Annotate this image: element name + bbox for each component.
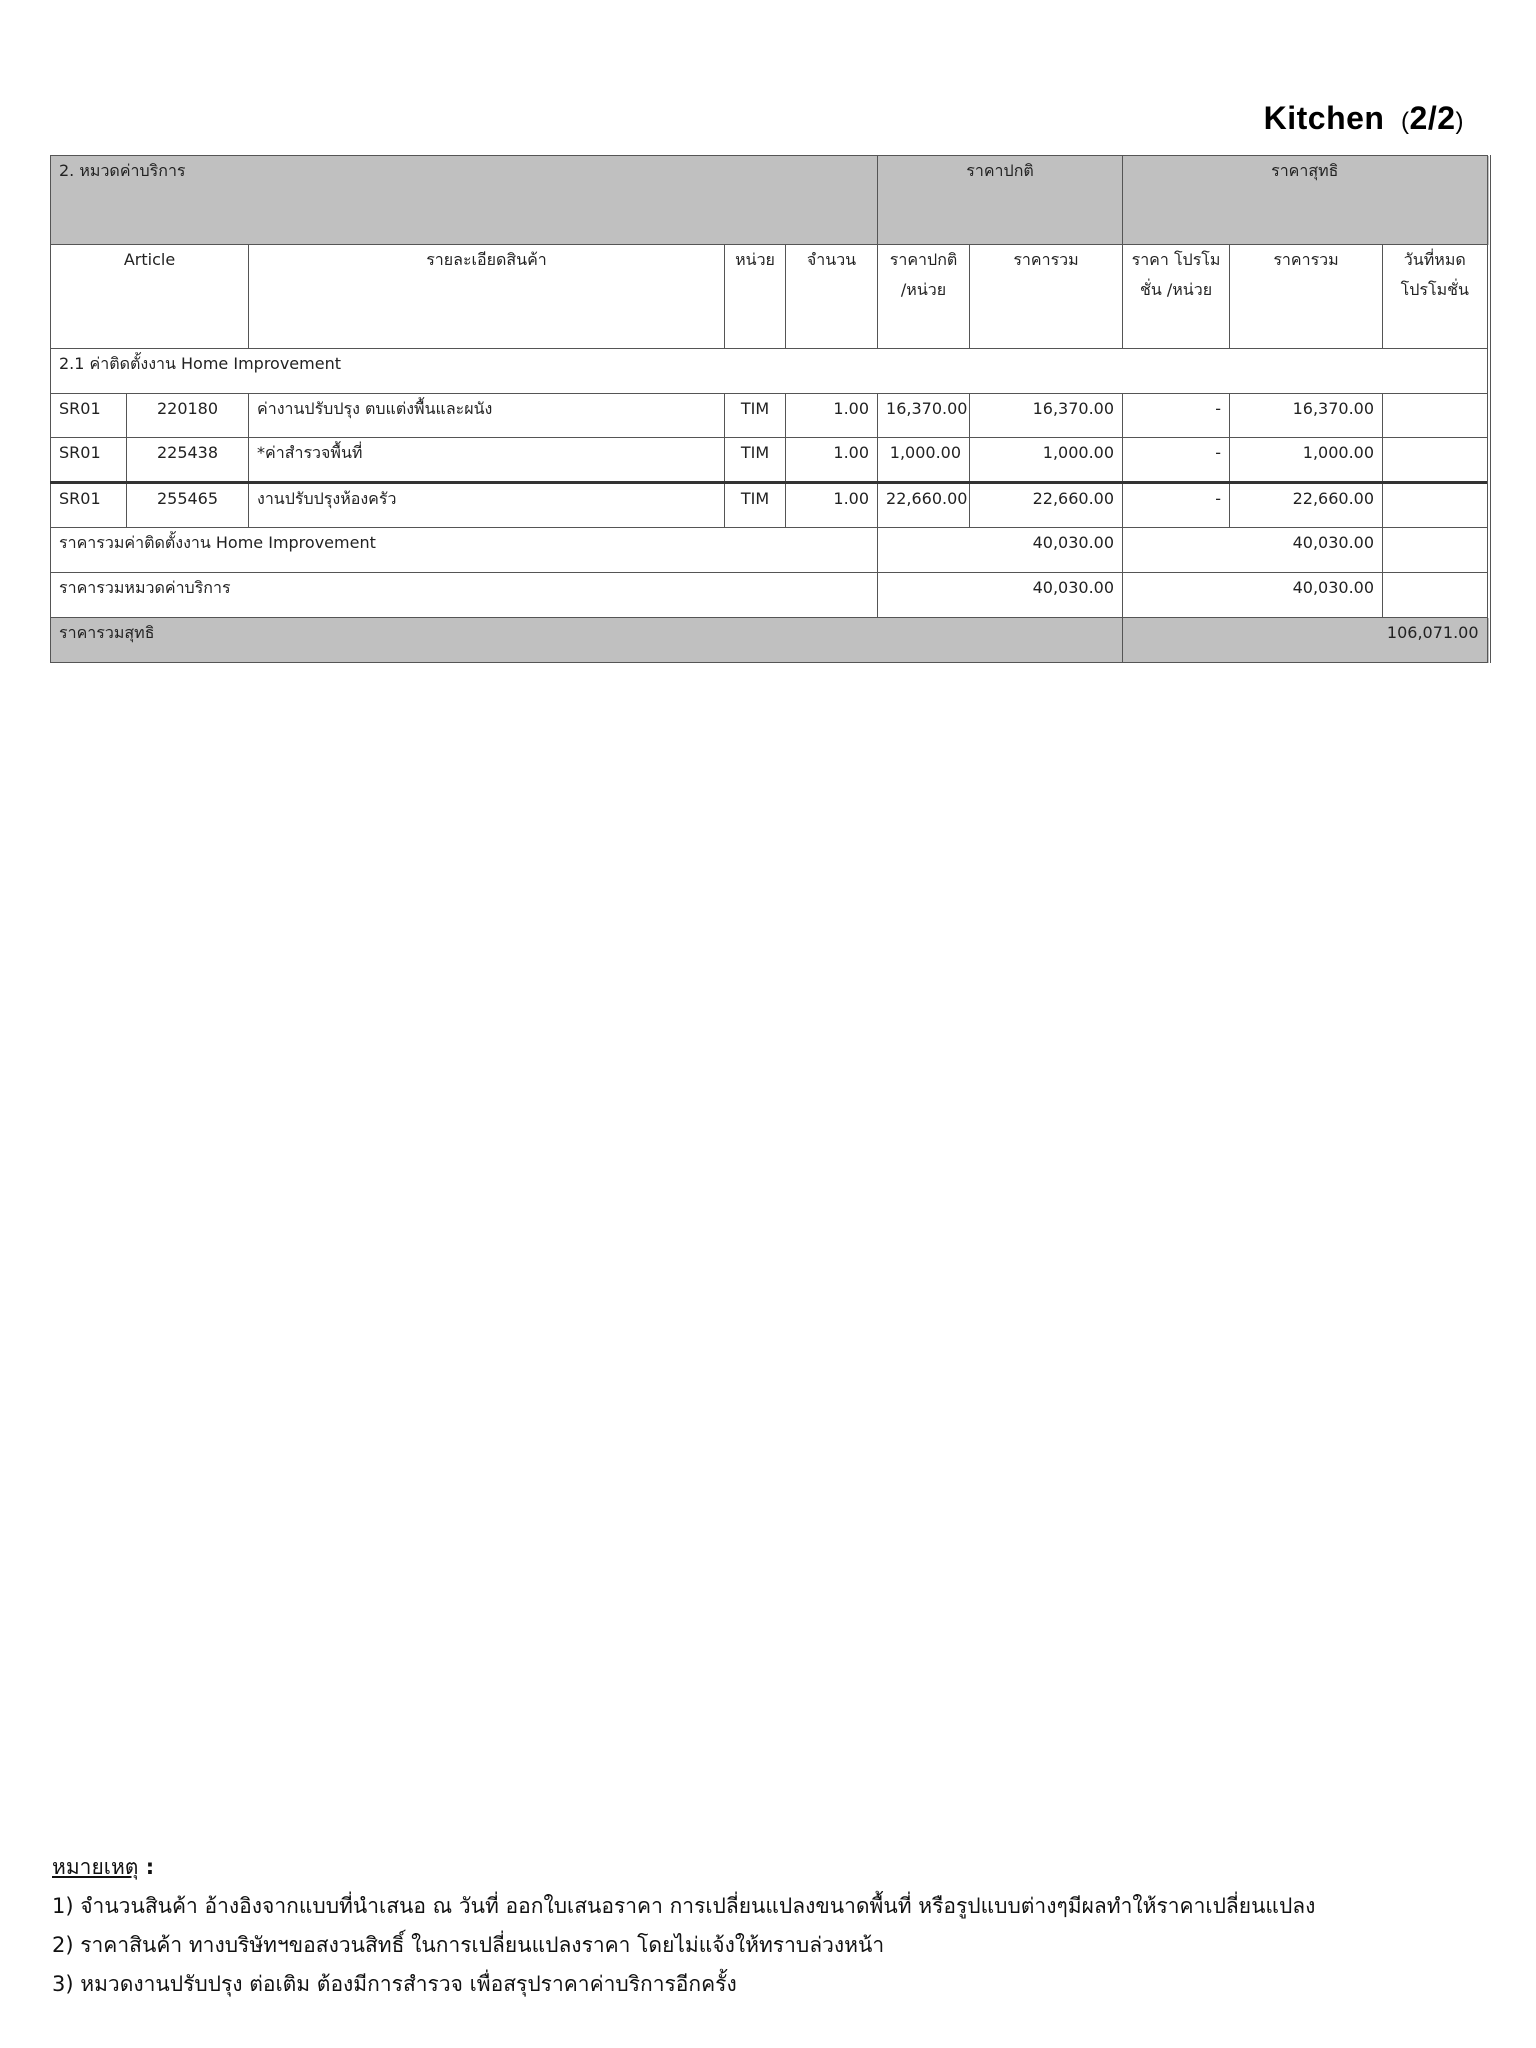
category-subtotal-net: 40,030.00 xyxy=(1123,573,1383,618)
row-quantity: 1.00 xyxy=(786,394,878,438)
column-header-quantity: จำนวน xyxy=(786,245,878,349)
table-row: SR01 220180 ค่างานปรับปรุง ตบแต่งพื้นและ… xyxy=(51,394,1489,438)
section-subtotal-label: ราคารวมค่าติดตั้งงาน Home Improvement xyxy=(51,528,878,573)
row-regular-total: 1,000.00 xyxy=(970,438,1123,483)
row-net-total: 16,370.00 xyxy=(1230,394,1383,438)
column-header-article: Article xyxy=(51,245,249,349)
service-cost-table: 2. หมวดค่าบริการ ราคาปกติ ราคาสุทธิ Arti… xyxy=(50,155,1491,663)
page-title: Kitchen (2/2) xyxy=(1264,100,1464,137)
grand-total-label: ราคารวมสุทธิ xyxy=(51,618,1123,663)
notes-section: หมายเหตุ : 1) จำนวนสินค้า อ้างอิงจากแบบท… xyxy=(52,1848,1315,2004)
note-item: 3) หมวดงานปรับปรุง ต่อเติม ต้องมีการสำรว… xyxy=(52,1965,1315,2004)
row-regular-unit-price: 16,370.00 xyxy=(878,394,970,438)
category-title: 2. หมวดค่าบริการ xyxy=(51,156,878,245)
row-promo-unit-price: - xyxy=(1123,438,1230,483)
row-regular-total: 16,370.00 xyxy=(970,394,1123,438)
row-regular-unit-price: 1,000.00 xyxy=(878,438,970,483)
net-price-group-header: ราคาสุทธิ xyxy=(1123,156,1489,245)
grand-total-value: 106,071.00 xyxy=(1123,618,1489,663)
row-description: งานปรับปรุงห้องครัว xyxy=(249,483,725,528)
category-subtotal-regular: 40,030.00 xyxy=(878,573,1123,618)
row-code: SR01 xyxy=(51,438,127,483)
row-regular-unit-price: 22,660.00 xyxy=(878,483,970,528)
row-article: 225438 xyxy=(127,438,249,483)
row-net-total: 1,000.00 xyxy=(1230,438,1383,483)
section-subtotal-row: ราคารวมค่าติดตั้งงาน Home Improvement 40… xyxy=(51,528,1489,573)
column-header-regular-total: ราคารวม xyxy=(970,245,1123,349)
category-subtotal-row: ราคารวมหมวดค่าบริการ 40,030.00 40,030.00 xyxy=(51,573,1489,618)
column-header-promo-end-date: วันที่หมด โปรโมชั่น xyxy=(1383,245,1489,349)
table-row: SR01 255465 งานปรับปรุงห้องครัว TIM 1.00… xyxy=(51,483,1489,528)
column-header-net-total: ราคารวม xyxy=(1230,245,1383,349)
grand-total-row: ราคารวมสุทธิ 106,071.00 xyxy=(51,618,1489,663)
table-row: SR01 225438 *ค่าสำรวจพื้นที่ TIM 1.00 1,… xyxy=(51,438,1489,483)
row-quantity: 1.00 xyxy=(786,438,878,483)
row-promo-unit-price: - xyxy=(1123,394,1230,438)
row-promo-unit-price: - xyxy=(1123,483,1230,528)
section-subtotal-net: 40,030.00 xyxy=(1123,528,1383,573)
column-header-regular-unit-price: ราคาปกติ /หน่วย xyxy=(878,245,970,349)
row-unit: TIM xyxy=(725,438,786,483)
row-article: 220180 xyxy=(127,394,249,438)
row-promo-end-date xyxy=(1383,394,1489,438)
row-net-total: 22,660.00 xyxy=(1230,483,1383,528)
column-header-unit: หน่วย xyxy=(725,245,786,349)
row-article: 255465 xyxy=(127,483,249,528)
row-promo-end-date xyxy=(1383,483,1489,528)
row-regular-total: 22,660.00 xyxy=(970,483,1123,528)
section-title: 2.1 ค่าติดตั้งงาน Home Improvement xyxy=(51,349,1489,394)
column-header-row: Article รายละเอียดสินค้า หน่วย จำนวน ราค… xyxy=(51,245,1489,349)
row-quantity: 1.00 xyxy=(786,483,878,528)
note-item: 1) จำนวนสินค้า อ้างอิงจากแบบที่นำเสนอ ณ … xyxy=(52,1887,1315,1926)
page-indicator: 2/2 xyxy=(1410,100,1456,136)
row-code: SR01 xyxy=(51,483,127,528)
category-header-row: 2. หมวดค่าบริการ ราคาปกติ ราคาสุทธิ xyxy=(51,156,1489,245)
row-unit: TIM xyxy=(725,394,786,438)
row-description: *ค่าสำรวจพื้นที่ xyxy=(249,438,725,483)
notes-heading: หมายเหตุ xyxy=(52,1855,138,1879)
regular-price-group-header: ราคาปกติ xyxy=(878,156,1123,245)
document-title: Kitchen xyxy=(1264,100,1385,136)
column-header-description: รายละเอียดสินค้า xyxy=(249,245,725,349)
section-subtotal-regular: 40,030.00 xyxy=(878,528,1123,573)
row-description: ค่างานปรับปรุง ตบแต่งพื้นและผนัง xyxy=(249,394,725,438)
section-row: 2.1 ค่าติดตั้งงาน Home Improvement xyxy=(51,349,1489,394)
note-item: 2) ราคาสินค้า ทางบริษัทฯขอสงวนสิทธิ์ ในก… xyxy=(52,1926,1315,1965)
row-code: SR01 xyxy=(51,394,127,438)
row-promo-end-date xyxy=(1383,438,1489,483)
row-unit: TIM xyxy=(725,483,786,528)
column-header-promo-unit-price: ราคา โปรโมชั่น /หน่วย xyxy=(1123,245,1230,349)
category-subtotal-label: ราคารวมหมวดค่าบริการ xyxy=(51,573,878,618)
